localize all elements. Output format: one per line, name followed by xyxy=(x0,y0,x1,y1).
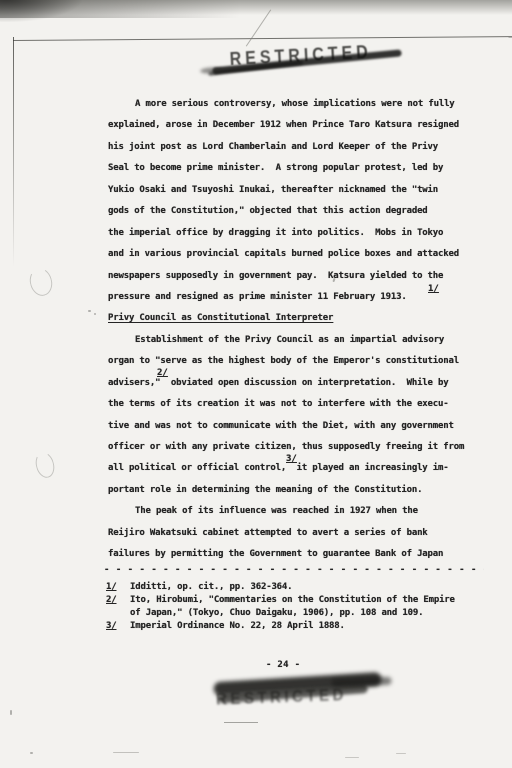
body-text-line: officer or with any private citizen, thu… xyxy=(108,437,488,458)
restricted-stamp-bottom: RESTRICTED xyxy=(211,673,387,719)
body-text-line: Seal to become prime minister. A strong … xyxy=(108,158,488,179)
footnote: 3/Imperial Ordinance No. 22, 28 April 18… xyxy=(106,620,478,633)
body-text-line: portant role in determining the meaning … xyxy=(108,480,488,501)
footnote: 1/Idditti, op. cit., pp. 362-364. xyxy=(106,581,478,594)
body-text-line: A more serious controversy, whose implic… xyxy=(108,94,488,115)
body-text-line: gods of the Constitution," objected that… xyxy=(108,201,488,222)
footnote-ref-3: 3/ xyxy=(286,454,297,464)
scan-speck xyxy=(10,710,12,715)
body-text-line: the terms of its creation it was not to … xyxy=(108,394,488,415)
body-text-line: failures by permitting the Government to… xyxy=(108,544,488,565)
footnote-ref-2: 2/ xyxy=(157,368,168,378)
scan-speck xyxy=(30,752,33,754)
scan-speck xyxy=(396,753,406,754)
scan-speck xyxy=(345,757,359,758)
scan-horizontal-line xyxy=(13,36,512,41)
footnote-marker: 1/ xyxy=(106,581,130,594)
pencil-mark xyxy=(33,450,57,480)
footnote-separator: - - - - - - - - - - - - - - - - - - - - … xyxy=(104,564,484,576)
body-text-line: Yukio Osaki and Tsuyoshi Inukai, thereaf… xyxy=(108,180,488,201)
footnote-text: Ito, Hirobumi, "Commentaries on the Cons… xyxy=(130,594,468,620)
footnote: 2/Ito, Hirobumi, "Commentaries on the Co… xyxy=(106,594,478,620)
scan-corner-smudge xyxy=(0,0,82,22)
stamp-underline-mark xyxy=(224,722,258,723)
body-text-line: his joint post as Lord Chamberlain and L… xyxy=(108,137,488,158)
scan-speck xyxy=(88,310,91,312)
scan-speck xyxy=(113,752,139,753)
footnotes-block: 1/Idditti, op. cit., pp. 362-364.2/Ito, … xyxy=(106,581,478,633)
scan-speck xyxy=(94,313,96,315)
body-text-line: and in various provincial capitals burne… xyxy=(108,244,488,265)
section-heading: Privy Council as Constitutional Interpre… xyxy=(108,308,488,329)
footnote-ref-1: 1/ xyxy=(428,284,439,294)
body-text-line: Reijiro Wakatsuki cabinet attempted to a… xyxy=(108,523,488,544)
page-number: - 24 - xyxy=(266,659,300,671)
footnote-marker: 2/ xyxy=(106,594,130,607)
body-text-line: tive and was not to communicate with the… xyxy=(108,416,488,437)
pencil-mark xyxy=(27,266,55,299)
body-text-line: the imperial office by dragging it into … xyxy=(108,223,488,244)
footnote-text: Idditti, op. cit., pp. 362-364. xyxy=(130,581,468,594)
document-body: A more serious controversy, whose implic… xyxy=(108,94,488,566)
scan-scratch-mark xyxy=(246,9,271,46)
restricted-stamp-top: RESTRICTED xyxy=(227,40,404,83)
stamp-ink-smear xyxy=(331,677,391,687)
footnote-marker: 3/ xyxy=(106,620,130,633)
body-text-line: Establishment of the Privy Council as an… xyxy=(108,330,488,351)
body-text-line: The peak of its influence was reached in… xyxy=(108,501,488,522)
scan-vertical-line xyxy=(13,37,14,267)
footnote-text: Imperial Ordinance No. 22, 28 April 1888… xyxy=(130,620,468,633)
body-text-line: explained, arose in December 1912 when P… xyxy=(108,115,488,136)
body-text-line: all political or official control, it pl… xyxy=(108,458,488,479)
scanned-document-page: RESTRICTED A more serious controversy, w… xyxy=(0,0,512,768)
